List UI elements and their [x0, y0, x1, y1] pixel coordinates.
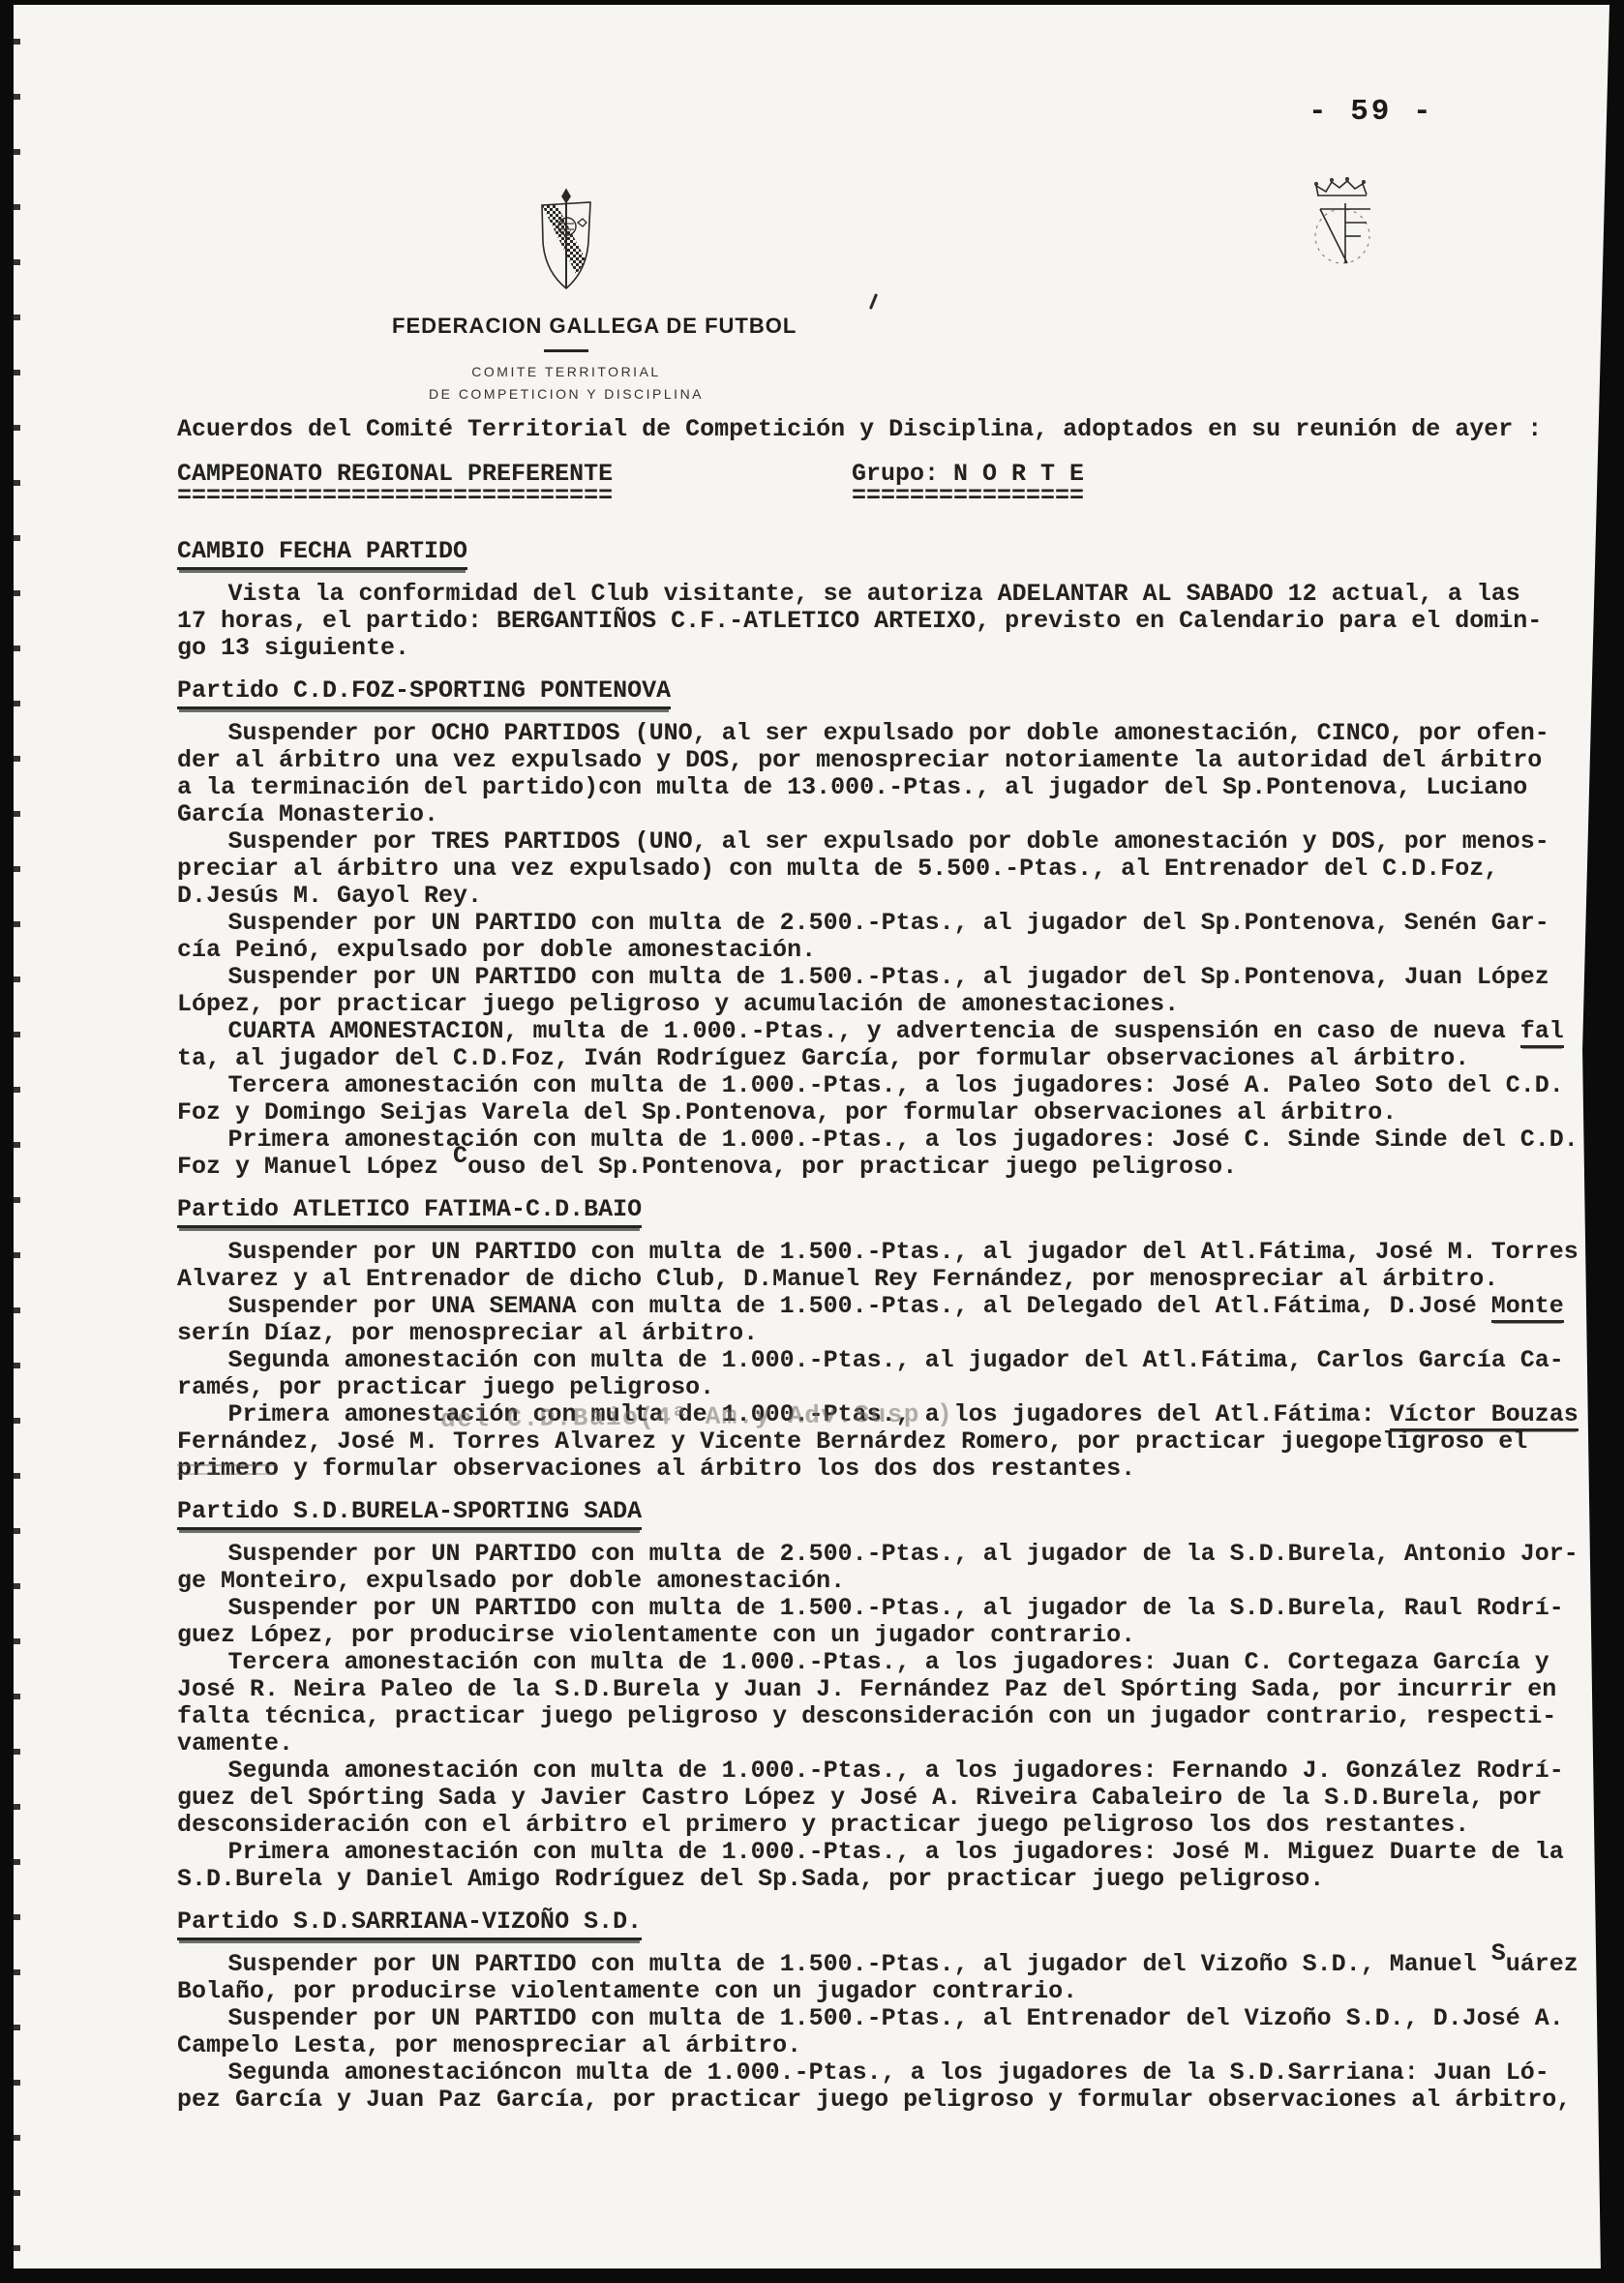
- doc-line: Suspender por UN PARTIDO con multa de 2.…: [177, 1541, 1590, 1568]
- section-heading: Partido ATLETICO FATIMA-C.D.BAIO: [177, 1196, 642, 1228]
- doc-line: Vista la conformidad del Club visitante,…: [177, 581, 1590, 608]
- section-heading: Partido C.D.FOZ-SPORTING PONTENOVA: [177, 677, 671, 709]
- doc-line: pez García y Juan Paz García, por practi…: [177, 2087, 1590, 2114]
- doc-line: vamente.: [177, 1730, 1590, 1757]
- raised-character: C: [453, 1143, 467, 1170]
- underlined-text: Víctor Bouzas: [1390, 1400, 1579, 1428]
- doc-line: desconsideración con el árbitro el prime…: [177, 1812, 1590, 1839]
- doc-line: Suspender por UN PARTIDO con multa de 1.…: [177, 1595, 1590, 1622]
- document-section: Partido ATLETICO FATIMA-C.D.BAIOSuspende…: [177, 1196, 1590, 1483]
- competition-underlines: ============================== =========…: [177, 483, 1590, 510]
- scan-edge-top: [0, 0, 1624, 5]
- intro-line: Acuerdos del Comité Territorial de Compe…: [177, 416, 1590, 443]
- doc-line: guez López, por producirse violentamente…: [177, 1622, 1590, 1649]
- document-section: Partido S.D.BURELA-SPORTING SADASuspende…: [177, 1498, 1590, 1893]
- doc-line: Foz y Manuel López Couso del Sp.Pontenov…: [177, 1154, 1590, 1181]
- doc-line: Suspender por UN PARTIDO con multa de 2.…: [177, 910, 1590, 937]
- section-heading: Partido S.D.SARRIANA-VIZOÑO S.D.: [177, 1908, 642, 1940]
- doc-line: Bolaño, por producirse violentamente con…: [177, 1978, 1590, 2005]
- section-heading: Partido S.D.BURELA-SPORTING SADA: [177, 1498, 642, 1530]
- doc-line: Primera amonestación con multa de 1.000.…: [177, 1126, 1590, 1154]
- doc-line: cía Peinó, expulsado por doble amonestac…: [177, 937, 1590, 964]
- ghost-stamp-note: del C.D.Baio(4ª Am.y Adv.Susp ): [440, 1399, 953, 1434]
- raised-character: S: [1491, 1940, 1506, 1968]
- document-section: CAMBIO FECHA PARTIDOVista la conformidad…: [177, 538, 1590, 662]
- underlined-text: fal: [1520, 1017, 1564, 1045]
- section-heading: CAMBIO FECHA PARTIDO: [177, 538, 467, 570]
- scan-edge-left: [0, 0, 14, 2283]
- committee-line-2: DE COMPETICION Y DISCIPLINA: [392, 386, 740, 402]
- scan-edge-bottom: [0, 2268, 1624, 2283]
- doc-line: 17 horas, el partido: BERGANTIÑOS C.F.-A…: [177, 608, 1590, 635]
- doc-line: Suspender por TRES PARTIDOS (UNO, al ser…: [177, 828, 1590, 856]
- doc-line: Campelo Lesta, por menospreciar al árbit…: [177, 2032, 1590, 2059]
- doc-line: guez del Spórting Sada y Javier Castro L…: [177, 1785, 1590, 1812]
- doc-line: Fernández, José M. Torres Alvarez y Vice…: [177, 1428, 1590, 1456]
- doc-line: Suspender por UNA SEMANA con multa de 1.…: [177, 1293, 1590, 1320]
- underlined-text: Monte: [1491, 1292, 1564, 1320]
- doc-line: ramés, por practicar juego peligroso.: [177, 1374, 1590, 1401]
- letterhead: FEDERACION GALLEGA DE FUTBOL COMITE TERR…: [392, 188, 740, 402]
- doc-line: Primera amonestación con multa de 1.000.…: [177, 1839, 1590, 1866]
- doc-line: Foz y Domingo Seijas Varela del Sp.Ponte…: [177, 1099, 1590, 1126]
- doc-line: CUARTA AMONESTACION, multa de 1.000.-Pta…: [177, 1018, 1590, 1045]
- doc-line: ge Monteiro, expulsado por doble amonest…: [177, 1568, 1590, 1595]
- doc-line: Suspender por OCHO PARTIDOS (UNO, al ser…: [177, 720, 1590, 747]
- stray-ink-mark: [869, 293, 878, 310]
- doc-sections: CAMBIO FECHA PARTIDOVista la conformidad…: [177, 538, 1590, 2114]
- doc-line: der al árbitro una vez expulsado y DOS, …: [177, 747, 1590, 774]
- doc-line: Segunda amonestación con multa de 1.000.…: [177, 1757, 1590, 1785]
- doc-line: D.Jesús M. Gayol Rey.: [177, 883, 1590, 910]
- doc-line: López, por practicar juego peligroso y a…: [177, 991, 1590, 1018]
- document-section: Partido C.D.FOZ-SPORTING PONTENOVASuspen…: [177, 677, 1590, 1181]
- group-underline: ================: [852, 483, 1084, 510]
- doc-line: go 13 siguiente.: [177, 635, 1590, 662]
- fef-crown-stamp-icon: [1303, 174, 1382, 280]
- page-number: - 59 -: [1308, 95, 1434, 129]
- doc-line: primero y formular observaciones al árbi…: [177, 1456, 1590, 1483]
- doc-line: falta técnica, practicar juego peligroso…: [177, 1703, 1590, 1730]
- ghost-stamp-underline: [177, 1464, 276, 1475]
- doc-line: ta, al jugador del C.D.Foz, Iván Rodrígu…: [177, 1045, 1590, 1072]
- letterhead-rule: [544, 349, 588, 352]
- doc-line: S.D.Burela y Daniel Amigo Rodríguez del …: [177, 1866, 1590, 1893]
- doc-line: García Monasterio.: [177, 801, 1590, 828]
- doc-line: Suspender por UN PARTIDO con multa de 1.…: [177, 1239, 1590, 1266]
- doc-line: Tercera amonestación con multa de 1.000.…: [177, 1072, 1590, 1099]
- championship-underline: ==============================: [177, 482, 613, 510]
- doc-line: a la terminación del partido)con multa d…: [177, 774, 1590, 801]
- doc-line: Segunda amonestacióncon multa de 1.000.-…: [177, 2059, 1590, 2087]
- document-section: Partido S.D.SARRIANA-VIZOÑO S.D.Suspende…: [177, 1908, 1590, 2114]
- federation-shield-icon: [535, 188, 597, 300]
- committee-line-1: COMITE TERRITORIAL: [392, 364, 740, 379]
- doc-line: preciar al árbitro una vez expulsado) co…: [177, 856, 1590, 883]
- doc-line: José R. Neira Paleo de la S.D.Burela y J…: [177, 1676, 1590, 1703]
- scanned-document-page: { "page": { "number": "- 59 -" }, "lette…: [0, 0, 1624, 2283]
- organization-name: FEDERACION GALLEGA DE FUTBOL: [392, 314, 740, 339]
- typed-document: Acuerdos del Comité Territorial de Compe…: [177, 416, 1590, 2114]
- doc-line: Segunda amonestación con multa de 1.000.…: [177, 1347, 1590, 1374]
- doc-line: serín Díaz, por menospreciar al árbitro.: [177, 1320, 1590, 1347]
- doc-line: Tercera amonestación con multa de 1.000.…: [177, 1649, 1590, 1676]
- doc-line: Suspender por UN PARTIDO con multa de 1.…: [177, 1951, 1590, 1978]
- doc-line: Suspender por UN PARTIDO con multa de 1.…: [177, 964, 1590, 991]
- doc-line: Suspender por UN PARTIDO con multa de 1.…: [177, 2005, 1590, 2032]
- doc-line: Alvarez y al Entrenador de dicho Club, D…: [177, 1266, 1590, 1293]
